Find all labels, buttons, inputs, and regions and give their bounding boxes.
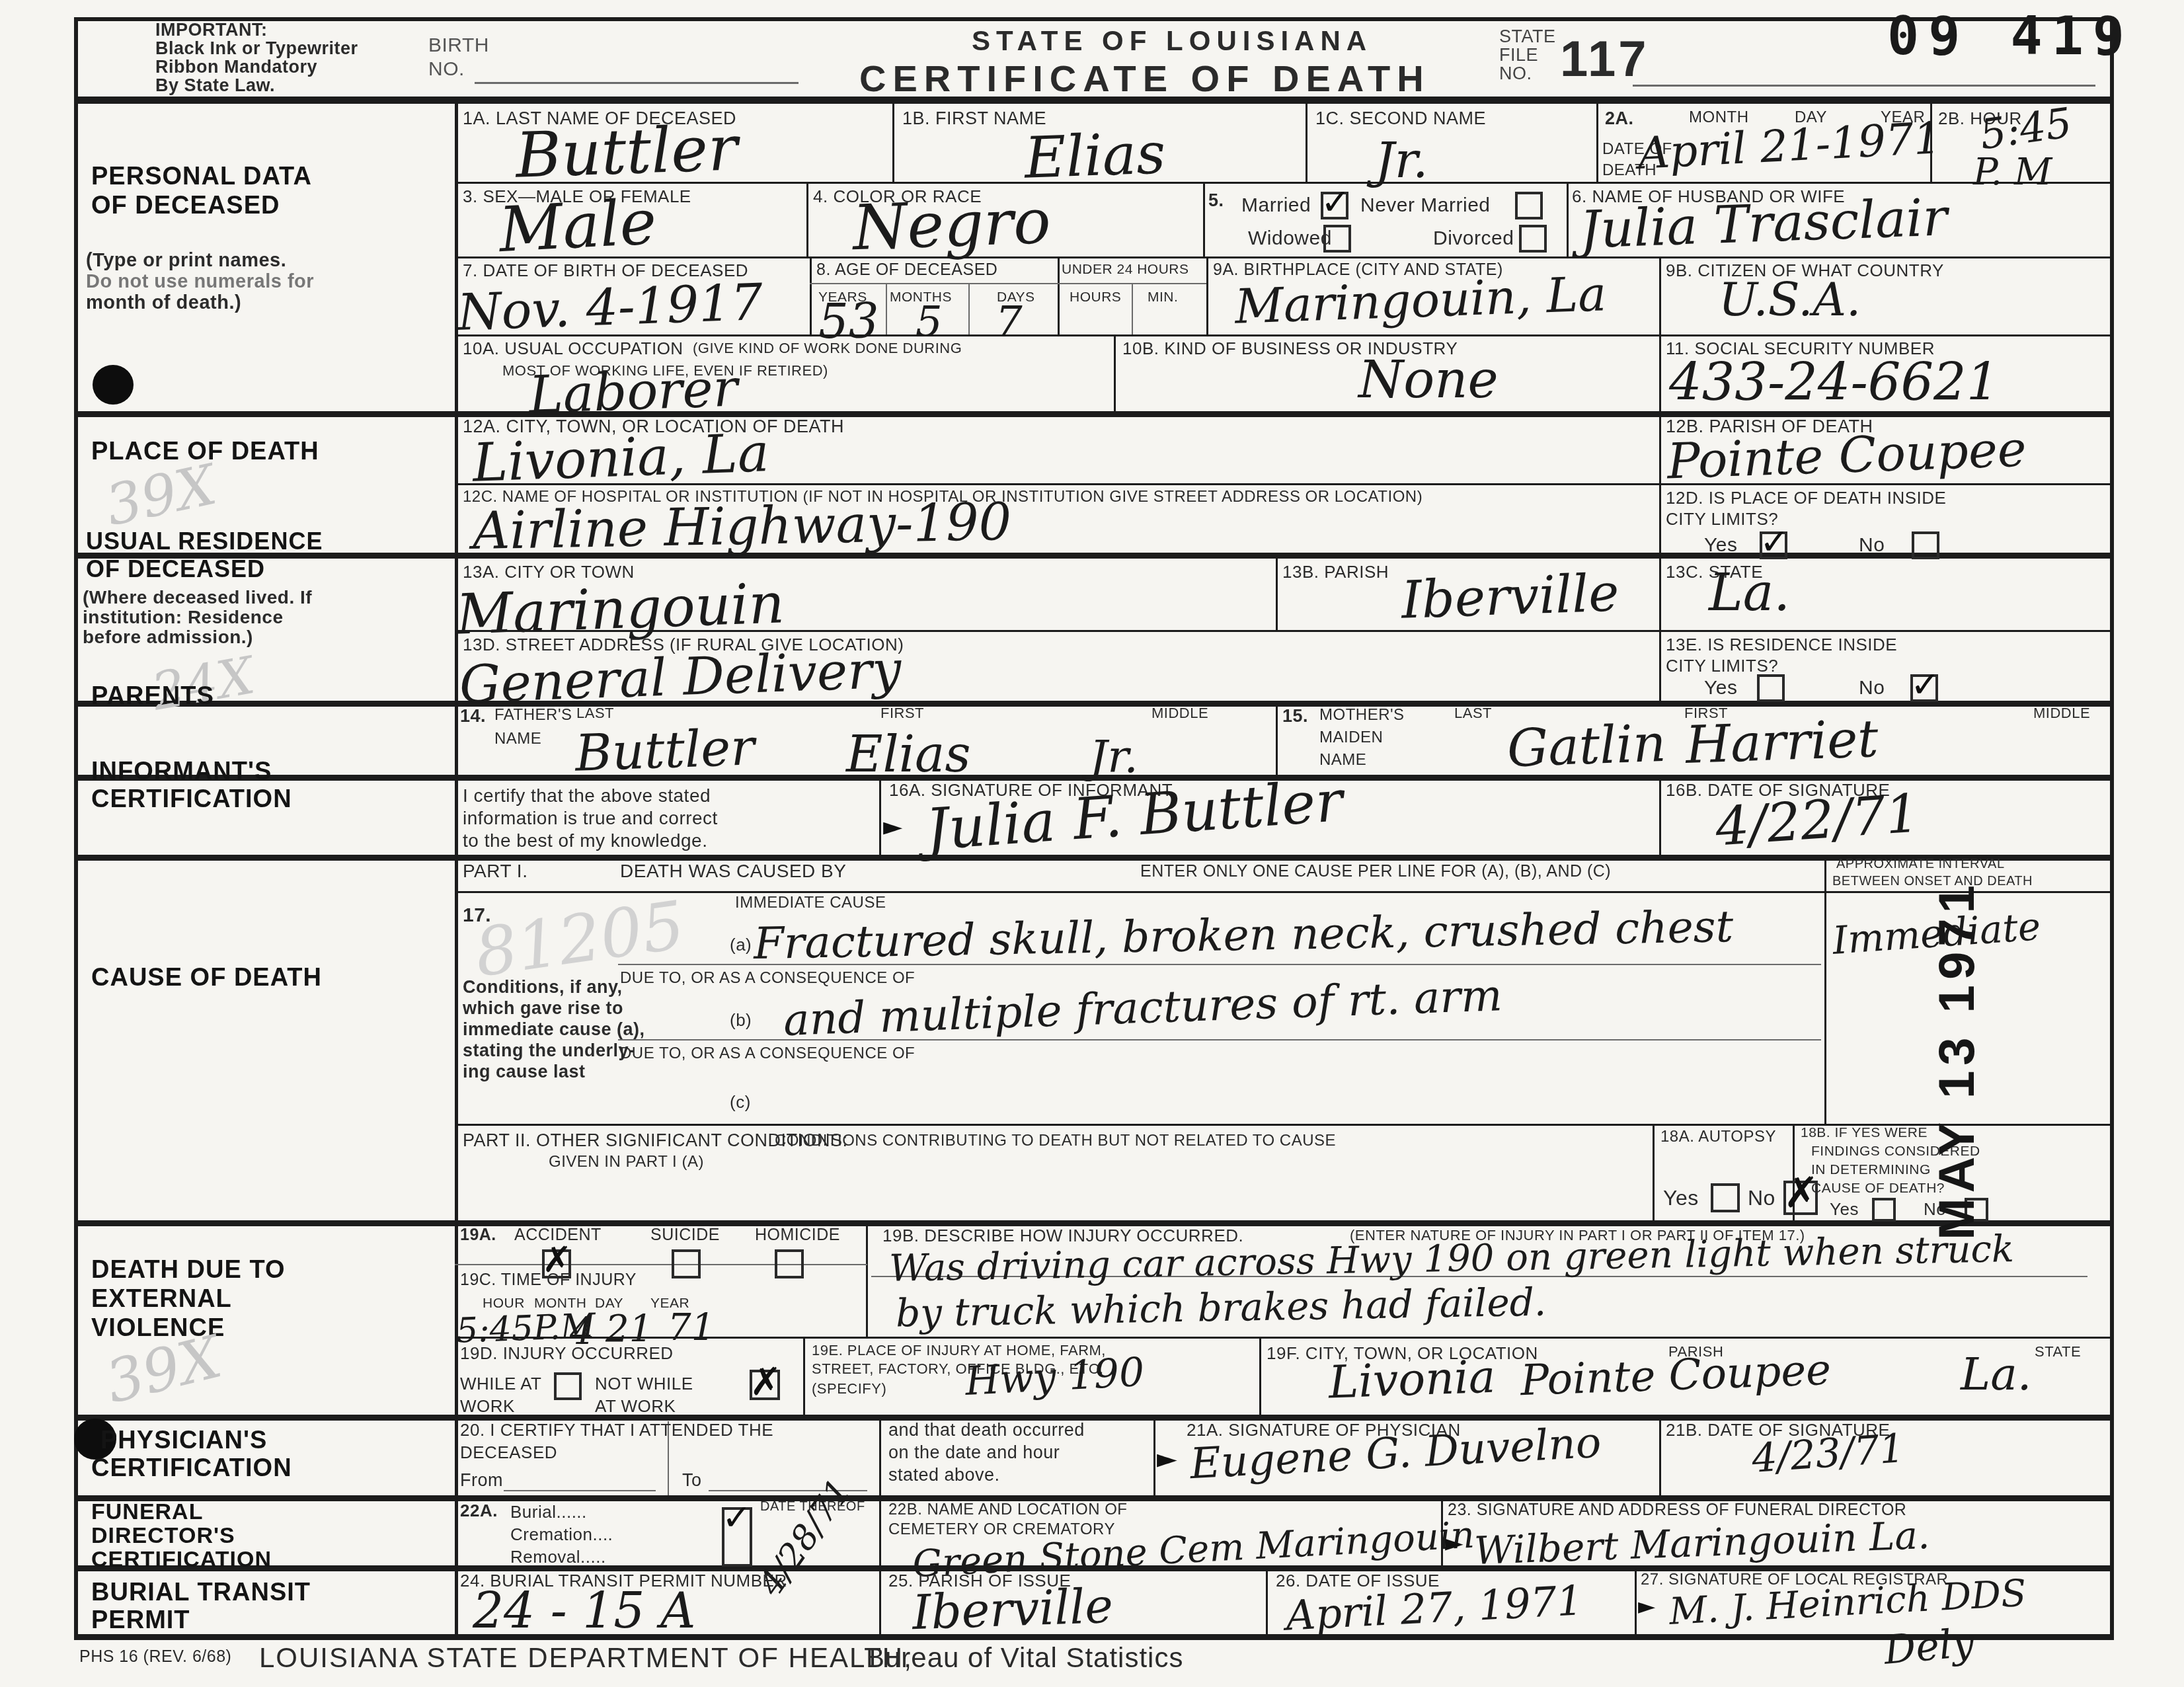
checkbox-married: ✓: [1321, 192, 1348, 219]
field-27-signature-suffix: Dely: [1882, 1620, 1976, 1674]
field-18b-label: IN DETERMINING: [1811, 1162, 1931, 1178]
check-mark: ✓: [722, 1497, 752, 1538]
informant-certify-text: I certify that the above stated: [463, 785, 711, 806]
signature-arrow-icon: ►: [1638, 1593, 1655, 1620]
field-13e-label: 13E. IS RESIDENCE INSIDE: [1666, 635, 1897, 655]
grid-line: [1259, 1339, 1261, 1415]
field-15-last-value: Gatlin: [1506, 714, 1667, 779]
grid-line: [810, 256, 812, 334]
option-married: Married: [1241, 194, 1311, 217]
state-file-label: FILE: [1499, 45, 1538, 65]
part2-text: CONDITIONS CONTRIBUTING TO DEATH BUT NOT…: [775, 1132, 1336, 1150]
footer-bureau: Bureau of Vital Statistics: [866, 1642, 1183, 1674]
field-13e-no: No: [1859, 677, 1885, 699]
field-19d-not-while: NOT WHILE: [595, 1374, 693, 1394]
grid-line: [1635, 1571, 1637, 1634]
grid-line: [1276, 707, 1278, 775]
due-to-label: DUE TO, OR AS A CONSEQUENCE OF: [620, 1044, 915, 1063]
field-10a-label: (GIVE KIND OF WORK DONE DURING: [693, 340, 962, 357]
conditions-note: stating the underly-: [463, 1040, 635, 1061]
section-burial-transit: BURIAL TRANSIT: [91, 1579, 311, 1607]
grid-line: [455, 891, 2112, 893]
field-15-middle: MIDDLE: [2033, 705, 2090, 722]
field-19d-while: WORK: [460, 1396, 515, 1417]
field-18a-label: 18A. AUTOPSY: [1660, 1128, 1776, 1146]
field-19a-suicide: SUICIDE: [650, 1226, 720, 1245]
grid-line: [1058, 256, 1060, 334]
grid-line: [1659, 559, 1661, 630]
section-physician: CERTIFICATION: [91, 1454, 292, 1483]
section-funeral-director: CERTIFICATION: [91, 1547, 272, 1573]
immediate-cause-label: IMMEDIATE CAUSE: [735, 894, 886, 912]
field-1a-value: Buttler: [514, 112, 738, 192]
grid-line: [879, 781, 881, 855]
field-10b-value: None: [1358, 350, 1499, 410]
field-2a-label: 2A.: [1605, 108, 1634, 129]
grid-line: [1153, 1421, 1155, 1495]
field-14-first-value: Elias: [846, 725, 970, 783]
residence-note: institution: Residence: [83, 607, 283, 628]
grid-line: [1659, 256, 1661, 334]
grid-line: [504, 1490, 656, 1491]
interval-header: APPROXIMATE INTERVAL: [1836, 857, 2005, 872]
field-6-value: Julia Trasclair: [1579, 188, 1949, 260]
grid-line: [1266, 1571, 1268, 1634]
grid-line: [455, 256, 2112, 258]
field-2b-value: P. M: [1973, 151, 2052, 194]
grid-line: [475, 82, 799, 84]
state-file-label: NO.: [1499, 63, 1532, 84]
field-12b-value: Pointe Coupee: [1666, 421, 2027, 490]
field-8-months-value: 5: [916, 297, 943, 346]
field-22b-label: 22B. NAME AND LOCATION OF: [888, 1501, 1127, 1519]
grid-line: [1206, 256, 1208, 334]
checkbox-never-married: [1515, 192, 1543, 219]
grid-line: [803, 1339, 805, 1415]
field-11-value: 433-24-6621: [1669, 353, 1999, 412]
field-20-text: stated above.: [888, 1465, 1000, 1485]
grid-line: [879, 1571, 881, 1634]
field-14-label: FATHER'S: [494, 706, 572, 725]
border-top: [74, 17, 2114, 21]
cause-b-label: (b): [730, 1010, 752, 1031]
field-25-value: Iberville: [912, 1578, 1114, 1641]
section-external-violence: EXTERNAL: [91, 1285, 232, 1314]
field-7-value: Nov. 4-1917: [457, 272, 764, 342]
checkbox-18b-yes: [1872, 1198, 1896, 1222]
field-19c-year-value: 71: [668, 1306, 715, 1349]
section-usual-residence: USUAL RESIDENCE: [86, 528, 323, 555]
grid-line: [1659, 334, 1661, 411]
conditions-note: which gave rise to: [463, 998, 623, 1019]
residence-note: (Where deceased lived. If: [83, 587, 312, 608]
field-15-label: MAIDEN: [1319, 728, 1383, 747]
field-14-label: NAME: [494, 730, 541, 748]
section-funeral-director: FUNERAL: [91, 1499, 203, 1525]
field-19f-state-label: STATE: [2035, 1343, 2081, 1360]
field-15-label: MOTHER'S: [1319, 706, 1405, 725]
check-mark: ✓: [1760, 521, 1789, 563]
state-file-label: STATE: [1499, 26, 1556, 47]
informant-certify-text: to the best of my knowledge.: [463, 830, 707, 851]
section-personal-data: PERSONAL DATA: [91, 163, 312, 191]
grid-line: [879, 1501, 881, 1565]
field-2a-value: April 21-1971: [1637, 112, 1942, 179]
field-14-label: 14.: [460, 706, 486, 726]
field-13c-value: La.: [1709, 563, 1790, 623]
grid-line: [892, 104, 894, 182]
field-10a-label: 10A. USUAL OCCUPATION: [463, 338, 683, 359]
field-14-middle-value: Jr.: [1089, 731, 1138, 783]
field-8-label: 8. AGE OF DECEASED: [816, 260, 997, 280]
grid-line: [1659, 485, 1661, 553]
signature-arrow-icon: ►: [1445, 1530, 1463, 1557]
form-number: PHS 16 (REV. 6/68): [79, 1647, 231, 1667]
field-12d-label: 12D. IS PLACE OF DEATH INSIDE: [1666, 488, 1946, 508]
field-13e-yes: Yes: [1704, 677, 1737, 699]
option-never-married: Never Married: [1360, 194, 1491, 217]
section-cause-of-death: CAUSE OF DEATH: [91, 964, 322, 992]
field-9b-value: U.S.A.: [1719, 272, 1861, 327]
field-20-label: 20. I CERTIFY THAT I ATTENDED THE: [460, 1420, 773, 1440]
field-4-value: Negro: [851, 186, 1052, 264]
conditions-note: immediate cause (a),: [463, 1019, 645, 1040]
check-mark: ✗: [750, 1359, 782, 1404]
grid-line: [74, 553, 2114, 559]
cause-a-label: (a): [730, 935, 752, 955]
cause-c-label: (c): [730, 1092, 751, 1113]
checkbox-while-at-work: [554, 1372, 582, 1400]
grid-line: [1633, 85, 2095, 87]
field-1c-label: 1C. SECOND NAME: [1315, 108, 1486, 129]
certificate-title: CERTIFICATE OF DEATH: [859, 57, 1430, 100]
field-13b-label: 13B. PARISH: [1282, 562, 1389, 582]
checkbox-13e-no: ✓: [1910, 674, 1938, 702]
field-15-first-value: Harriet: [1685, 709, 1880, 775]
birth-no-label: NO.: [428, 58, 465, 81]
section-burial-transit: PERMIT: [91, 1606, 190, 1635]
section-usual-residence: OF DECEASED: [86, 555, 265, 583]
grid-line: [886, 283, 887, 334]
grid-line: [879, 1421, 881, 1495]
field-18b-yes: Yes: [1830, 1199, 1859, 1220]
field-21b-value: 4/23/71: [1750, 1425, 1906, 1482]
grid-line: [1824, 861, 1826, 1124]
field-22a-label: 22A.: [460, 1501, 498, 1521]
border-bottom: [74, 1634, 2114, 1640]
field-18b-label: CAUSE OF DEATH?: [1811, 1181, 1945, 1197]
field-8-min: MIN.: [1148, 290, 1178, 305]
due-to-label: DUE TO, OR AS A CONSEQUENCE OF: [620, 969, 915, 988]
field-8-days-value: 7: [995, 297, 1023, 346]
field-3-value: Male: [497, 186, 658, 266]
option-divorced: Divorced: [1433, 227, 1514, 250]
field-19a-homicide: HOMICIDE: [755, 1226, 840, 1245]
grid-line: [810, 283, 1206, 284]
ink-blob: [93, 365, 134, 405]
grid-line: [455, 1264, 867, 1265]
section-personal-data: OF DECEASED: [91, 192, 280, 220]
field-10a-value: Laborer: [528, 359, 739, 426]
checkbox-not-while-at-work: ✗: [750, 1370, 780, 1400]
grid-line: [1567, 182, 1569, 256]
field-23-signature: Wilbert Maringouin La.: [1473, 1512, 1930, 1573]
grid-line: [1659, 417, 1661, 483]
field-22a-burial: Burial......: [510, 1502, 587, 1522]
checkbox-suicide: [672, 1249, 701, 1278]
field-8-under24: UNDER 24 HOURS: [1062, 262, 1189, 278]
field-22a-cremation: Cremation....: [510, 1524, 613, 1545]
field-13e-label: CITY LIMITS?: [1666, 656, 1778, 676]
border-right: [2110, 17, 2114, 1640]
field-14-last-value: Buttler: [574, 717, 756, 782]
grid-line: [1306, 104, 1307, 182]
personal-note: (Type or print names.: [86, 250, 286, 272]
field-24-value: 24 - 15 A: [473, 1583, 695, 1639]
important-title: IMPORTANT:: [155, 20, 267, 40]
field-19f-city-value: Livonia: [1328, 1351, 1497, 1409]
informant-certify-text: information is true and correct: [463, 808, 718, 829]
grid-line: [1276, 559, 1278, 630]
checkbox-13e-yes: [1757, 674, 1785, 702]
field-20-text: on the date and hour: [888, 1442, 1060, 1463]
field-22a-removal: Removal.....: [510, 1547, 606, 1567]
field-14-first: FIRST: [880, 705, 924, 722]
personal-note: month of death.): [86, 292, 241, 314]
section-informant: INFORMANT'S: [91, 758, 272, 786]
field-20-text: and that death occurred: [888, 1420, 1085, 1440]
grid-line: [968, 283, 970, 334]
field-19e-label: (SPECIFY): [812, 1380, 886, 1397]
field-20-to: To: [682, 1470, 702, 1491]
grid-line: [1659, 1421, 1661, 1495]
field-20-label: DECEASED: [460, 1442, 557, 1463]
conditions-note: ing cause last: [463, 1062, 586, 1082]
part1-title: PART I.: [463, 861, 527, 882]
grid-line: [1659, 632, 1661, 701]
field-14-middle: MIDDLE: [1151, 705, 1208, 722]
field-19d-not-while: AT WORK: [595, 1396, 676, 1417]
checkbox-burial: ✓: [722, 1507, 752, 1567]
part1-instruction: ENTER ONLY ONE CAUSE PER LINE FOR (A), (…: [1140, 862, 1611, 881]
field-19d-label: 19D. INJURY OCCURRED: [460, 1343, 674, 1364]
received-date-stamp: MAY 13 1971: [1928, 875, 1986, 1245]
file-stamp-number: 09 419: [1887, 5, 2134, 67]
checkbox-12d-yes: ✓: [1760, 531, 1787, 559]
grid-line: [455, 334, 2112, 336]
important-line: Black Ink or Typewriter: [155, 38, 358, 59]
grid-line: [1203, 182, 1205, 256]
field-12a-value: Livonia, La: [472, 422, 771, 494]
section-informant: CERTIFICATION: [91, 785, 292, 814]
border-left: [74, 17, 78, 1640]
death-certificate-scan: IMPORTANT: Black Ink or Typewriter Ribbo…: [0, 0, 2184, 1687]
field-13b-value: Iberville: [1401, 563, 1620, 630]
field-18a-no: No: [1748, 1186, 1775, 1210]
field-15-last: LAST: [1454, 705, 1492, 722]
option-widowed: Widowed: [1248, 227, 1332, 250]
check-mark: ✓: [1321, 181, 1350, 223]
field-12c-value: Airline Highway-190: [472, 492, 1012, 561]
grid-line: [1114, 334, 1116, 411]
checkbox-homicide: [775, 1249, 804, 1278]
section-physician: PHYSICIAN'S: [100, 1427, 267, 1455]
grid-line: [1653, 1126, 1655, 1220]
conditions-note: Conditions, if any,: [463, 977, 623, 998]
important-line: Ribbon Mandatory: [155, 57, 317, 77]
grid-line: [74, 701, 2114, 707]
section-funeral-director: DIRECTOR'S: [91, 1523, 235, 1549]
grid-line: [866, 1226, 868, 1337]
field-19d-while: WHILE AT: [460, 1374, 541, 1394]
section-external-violence: DEATH DUE TO: [91, 1256, 286, 1284]
field-19f-state-value: La.: [1961, 1349, 2031, 1401]
field-18a-yes: Yes: [1663, 1186, 1699, 1210]
important-line: By State Law.: [155, 75, 275, 96]
checkbox-12d-no: [1912, 531, 1939, 559]
grid-line: [1596, 104, 1598, 182]
checkbox-18a-yes: [1711, 1183, 1740, 1212]
field-1c-value: Jr.: [1375, 132, 1428, 189]
grid-line: [1132, 283, 1133, 334]
field-19f-parish-value: Pointe Coupee: [1520, 1346, 1832, 1405]
checkbox-divorced: [1519, 225, 1547, 253]
check-mark: ✓: [1910, 664, 1940, 705]
field-5-label: 5.: [1208, 190, 1224, 211]
grid-line: [806, 182, 808, 256]
field-12d-yes: Yes: [1704, 534, 1737, 557]
state-title: STATE OF LOUISIANA: [972, 25, 1372, 57]
field-15-label: 15.: [1282, 706, 1308, 726]
field-20-from: From: [460, 1470, 503, 1491]
signature-arrow-icon: ►: [883, 812, 902, 841]
birth-no-label: BIRTH: [428, 34, 489, 57]
footer-department: LOUISIANA STATE DEPARTMENT OF HEALTH,: [259, 1642, 913, 1674]
field-19a-label: 19A.: [460, 1226, 496, 1245]
field-14-last: LAST: [576, 705, 614, 722]
field-8-hours: HOURS: [1070, 290, 1121, 305]
part2-text: GIVEN IN PART I (A): [549, 1153, 704, 1171]
signature-arrow-icon: ►: [1157, 1444, 1177, 1474]
section-parents: PARENTS: [91, 682, 214, 711]
field-15-label: NAME: [1319, 751, 1366, 769]
cause-a-value: Fractured skull, broken neck, crushed ch…: [753, 901, 1733, 969]
field-1b-value: Elias: [1023, 120, 1167, 191]
residence-note: before admission.): [83, 627, 253, 648]
field-19c-label: 19C. TIME OF INJURY: [460, 1271, 637, 1290]
grid-line: [74, 855, 2114, 861]
part1-caused-by: DEATH WAS CAUSED BY: [620, 861, 846, 882]
field-18b-label: 18B. IF YES WERE: [1801, 1125, 1928, 1141]
checkbox-widowed: [1323, 225, 1351, 253]
state-file-number: 117: [1560, 30, 1649, 88]
field-19e-value: Hwy 190: [964, 1349, 1145, 1405]
field-2b-value: 5:45: [1977, 98, 2075, 159]
field-12d-no: No: [1859, 534, 1885, 557]
grid-line: [1659, 781, 1661, 855]
personal-note: Do not use numerals for: [86, 271, 314, 293]
